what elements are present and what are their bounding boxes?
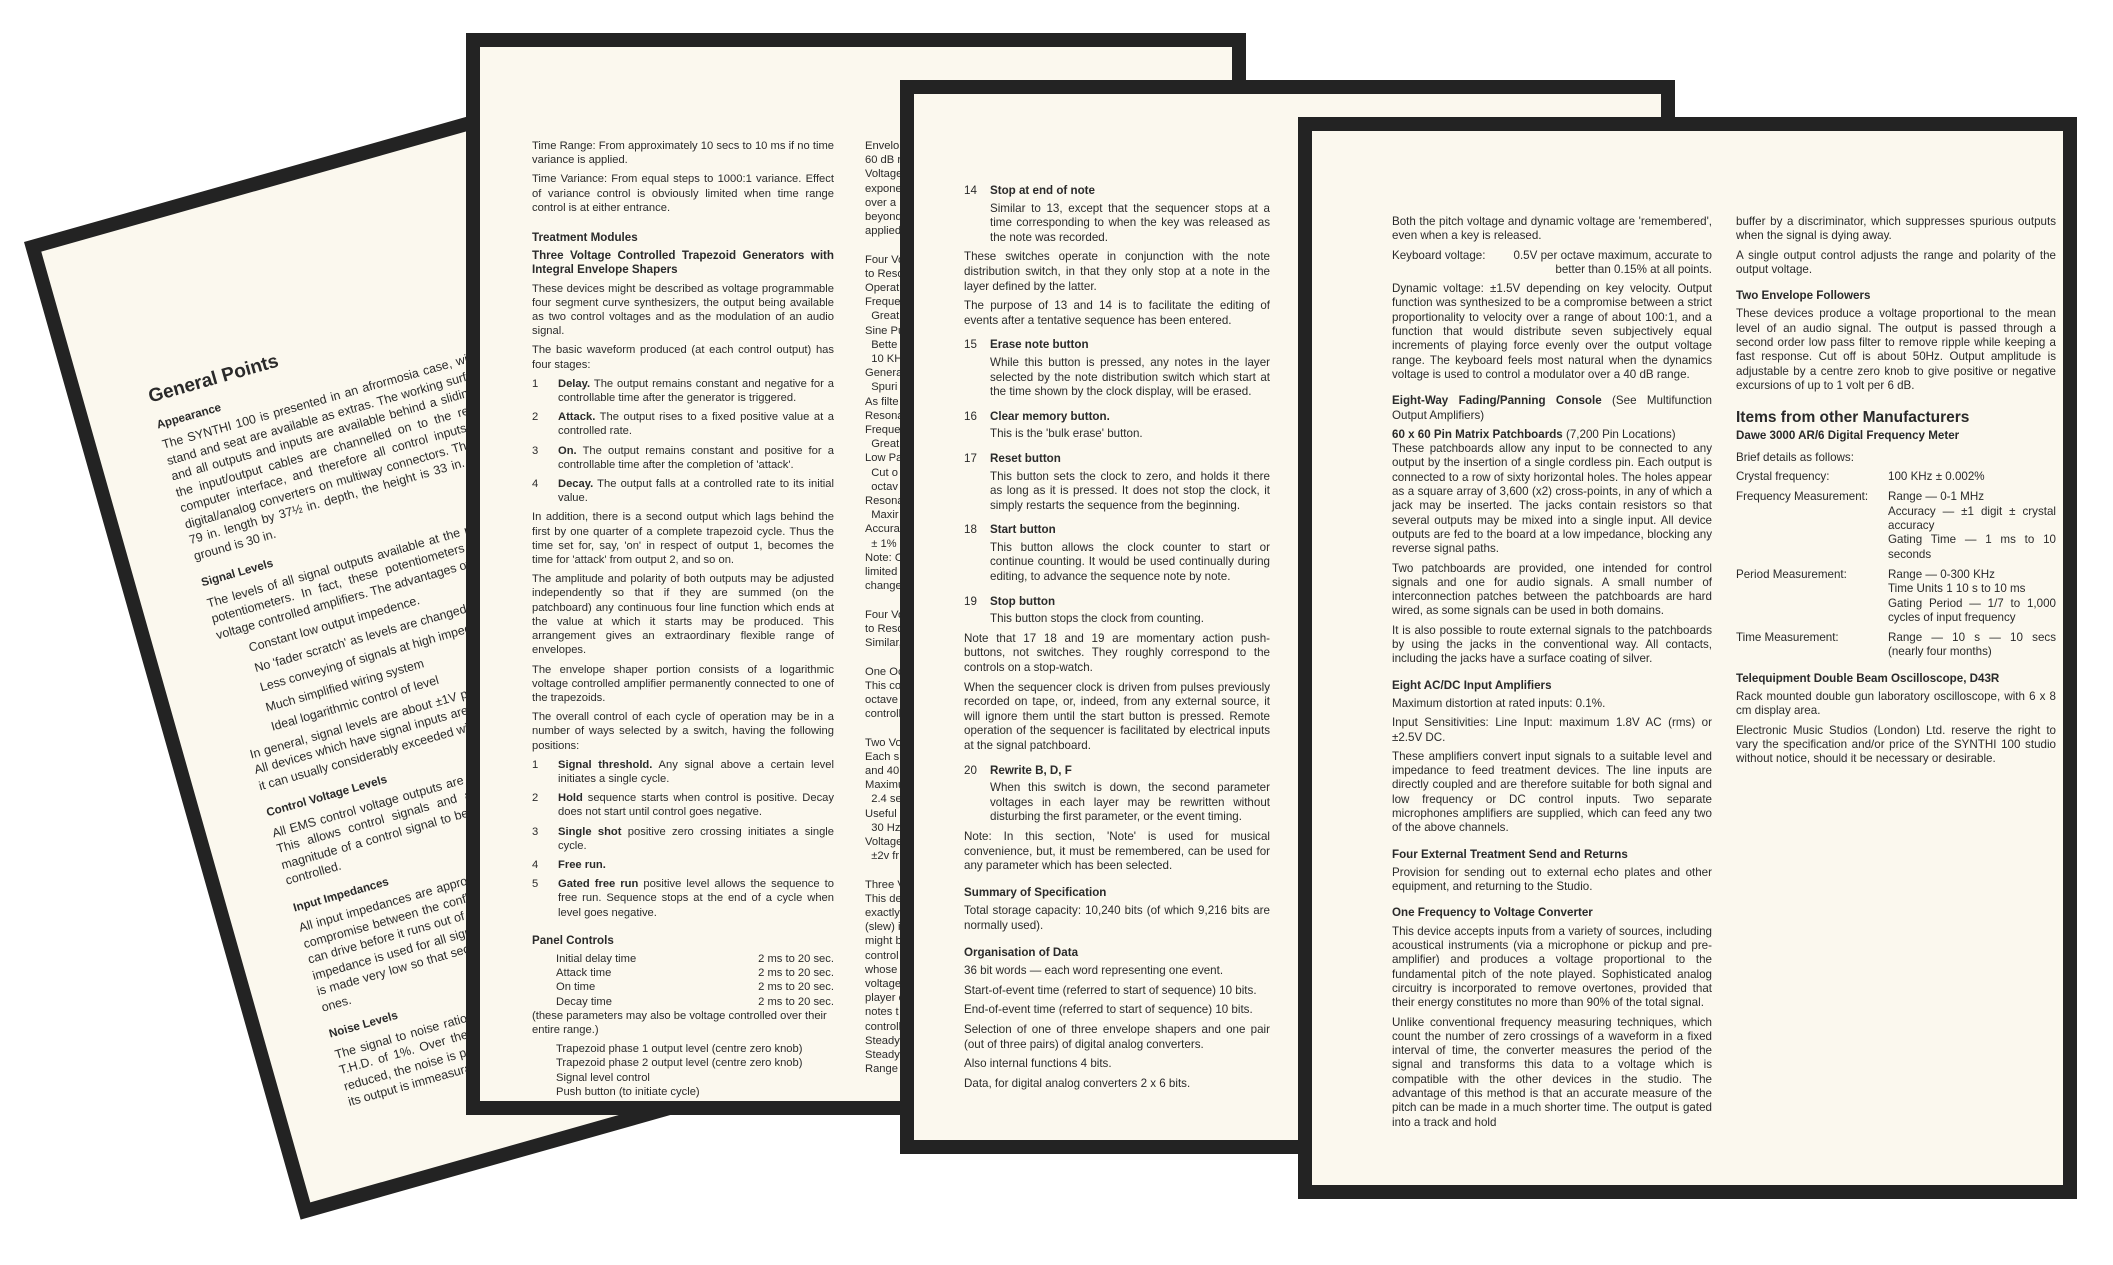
item-description: While this button is pressed, any notes …: [964, 356, 1270, 400]
item-title: Rewrite B, D, F: [990, 764, 1270, 779]
item-description: This button stops the clock from countin…: [964, 612, 1270, 627]
item-number: 1: [532, 377, 558, 405]
sequencer-item-20: 20Rewrite B, D, FWhen this switch is dow…: [964, 764, 1270, 825]
envelope-followers-text: These devices produce a voltage proporti…: [1736, 307, 2056, 393]
page2-intro: Time Range: From approximately 10 secs t…: [532, 139, 834, 215]
sequencer-control-item: 19Stop buttonThis button stops the clock…: [964, 595, 1270, 627]
item-number: 16: [964, 410, 990, 425]
control-range: 2 ms to 20 sec.: [758, 966, 834, 980]
item-number: 20: [964, 764, 990, 779]
envelope-followers-heading: Two Envelope Followers: [1736, 289, 2056, 303]
sequencer-control-heading: 14Stop at end of note: [964, 184, 1270, 199]
spec-row: Period Measurement:Range — 0-300 KHzTime…: [1736, 568, 2056, 625]
body-paragraph: The overall control of each cycle of ope…: [532, 710, 834, 753]
item-number: 17: [964, 452, 990, 467]
item-text: Attack. The output rises to a fixed posi…: [558, 410, 834, 438]
spec-paragraph: Time Variance: From equal steps to 1000:…: [532, 172, 834, 215]
item-label: Single shot: [558, 826, 621, 838]
switch-position: 2Hold sequence starts when control is po…: [532, 791, 834, 819]
item-description: Similar to 13, except that the sequencer…: [964, 202, 1270, 246]
sequencer-control-heading: 16Clear memory button.: [964, 410, 1270, 425]
item-text: Hold sequence starts when control is pos…: [558, 791, 834, 819]
spec-value-line: Range — 0-1 MHz: [1888, 490, 2056, 504]
sequencer-items-14: 14Stop at end of noteSimilar to 13, exce…: [964, 184, 1270, 245]
body-paragraph: The envelope shaper portion consists of …: [532, 663, 834, 706]
summary-heading: Summary of Specification: [964, 886, 1270, 901]
waveform-stage: 1Delay. The output remains constant and …: [532, 377, 834, 405]
spec-values: Range — 0-300 KHzTime Units 1 10 s to 10…: [1888, 568, 2056, 625]
item-title: Start button: [990, 523, 1270, 538]
sequencer-control-item: 18Start buttonThis button allows the clo…: [964, 523, 1270, 584]
page3-paragraphs-1: These switches operate in conjunction wi…: [964, 250, 1270, 328]
brief-details: Brief details as follows:: [1736, 451, 2056, 465]
spec-value-line: Accuracy — ±1 digit ± crystal accuracy: [1888, 505, 2056, 534]
item-number: 18: [964, 523, 990, 538]
external-treatment-text: Provision for sending out to external ec…: [1392, 866, 1712, 895]
discriminator-text: buffer by a discriminator, which suppres…: [1736, 215, 2056, 244]
control-name: Initial delay time: [556, 952, 636, 966]
summary-text: Total storage capacity: 10,240 bits (of …: [964, 904, 1270, 933]
control-range: 2 ms to 20 sec.: [758, 952, 834, 966]
panel-control-item: Trapezoid phase 2 output level (centre z…: [556, 1056, 834, 1070]
fading-console-entry: Eight-Way Fading/Panning Console (See Mu…: [1392, 394, 1712, 423]
treatment-modules-heading: Treatment Modules: [532, 231, 834, 245]
page3-note: Note: In this section, 'Note' is used fo…: [964, 830, 1270, 874]
page3-column-1: 14Stop at end of noteSimilar to 13, exce…: [964, 174, 1270, 1096]
frequency-meter-heading: Dawe 3000 AR/6 Digital Frequency Meter: [1736, 429, 2056, 443]
spec-value-line: Range — 10 s — 10 secs (nearly four mont…: [1888, 631, 2056, 660]
oscilloscope-heading: Telequipment Double Beam Oscilloscope, D…: [1736, 672, 2056, 686]
fv-converter-text-2: Unlike conventional frequency measuring …: [1392, 1016, 1712, 1130]
sequencer-control-heading: 15Erase note button: [964, 338, 1270, 353]
input-amplifiers-heading: Eight AC/DC Input Amplifiers: [1392, 679, 1712, 693]
item-number: 4: [532, 858, 558, 872]
item-number: 14: [964, 184, 990, 199]
spec-values: Range — 0-1 MHzAccuracy — ±1 digit ± cry…: [1888, 490, 2056, 561]
control-name: Decay time: [556, 995, 612, 1009]
panel-control-row: On time2 ms to 20 sec.: [532, 980, 834, 994]
item-number: 2: [532, 791, 558, 819]
item-title: Erase note button: [990, 338, 1270, 353]
item-number: 3: [532, 825, 558, 853]
body-paragraph: These devices might be described as volt…: [532, 282, 834, 339]
patchboards-text-2: Two patchboards are provided, one intend…: [1392, 562, 1712, 619]
sequencer-control-item: 16Clear memory button.This is the 'bulk …: [964, 410, 1270, 442]
item-title: Clear memory button.: [990, 410, 1270, 425]
waveform-stage: 3On. The output remains constant and pos…: [532, 444, 834, 472]
item-text: Free run.: [558, 858, 834, 872]
item-text: Single shot positive zero crossing initi…: [558, 825, 834, 853]
spec-label: Frequency Measurement:: [1736, 490, 1888, 561]
sequencer-items-15-19: 15Erase note buttonWhile this button is …: [964, 338, 1270, 627]
panel-controls-heading: Panel Controls: [532, 934, 834, 948]
control-range: 2 ms to 20 sec.: [758, 980, 834, 994]
amp-sensitivity: Input Sensitivities: Line Input: maximum…: [1392, 716, 1712, 745]
item-number: 2: [532, 410, 558, 438]
memory-paragraph: Both the pitch voltage and dynamic volta…: [1392, 215, 1712, 244]
item-label: Attack.: [558, 411, 595, 423]
external-treatment-heading: Four External Treatment Send and Returns: [1392, 848, 1712, 862]
item-label: Signal threshold.: [558, 759, 652, 771]
item-title: Stop button: [990, 595, 1270, 610]
body-paragraph: The basic waveform produced (at each con…: [532, 343, 834, 371]
amp-distortion: Maximum distortion at rated inputs: 0.1%…: [1392, 697, 1712, 711]
item-number: 4: [532, 477, 558, 505]
item-label: Delay.: [558, 378, 590, 390]
item-title: Reset button: [990, 452, 1270, 467]
other-manufacturers-heading: Items from other Manufacturers: [1736, 411, 2056, 425]
sequencer-control-item: 14Stop at end of noteSimilar to 13, exce…: [964, 184, 1270, 245]
control-name: On time: [556, 980, 595, 994]
spec-row: Crystal frequency:100 KHz ± 0.002%: [1736, 470, 2056, 484]
spec-label: Period Measurement:: [1736, 568, 1888, 625]
spec-value-line: Gating Time — 1 ms to 10 seconds: [1888, 533, 2056, 562]
body-paragraph: In addition, there is a second output wh…: [532, 510, 834, 567]
item-number: 19: [964, 595, 990, 610]
item-text: Gated free run positive level allows the…: [558, 877, 834, 920]
spec-values: Range — 10 s — 10 secs (nearly four mont…: [1888, 631, 2056, 660]
switch-position: 1Signal threshold. Any signal above a ce…: [532, 758, 834, 786]
item-label: On.: [558, 445, 577, 457]
organisation-item: End-of-event time (referred to start of …: [964, 1003, 1270, 1018]
trapezoid-generators-heading: Three Voltage Controlled Trapezoid Gener…: [532, 249, 834, 277]
body-paragraph: The purpose of 13 and 14 is to facilitat…: [964, 299, 1270, 328]
item-number: 15: [964, 338, 990, 353]
sequencer-control-heading: 20Rewrite B, D, F: [964, 764, 1270, 779]
item-text: Signal threshold. Any signal above a cer…: [558, 758, 834, 786]
waveform-stages-list: 1Delay. The output remains constant and …: [532, 377, 834, 506]
item-number: 5: [532, 877, 558, 920]
item-label: Gated free run: [558, 878, 638, 890]
oscilloscope-text: Rack mounted double gun laboratory oscil…: [1736, 690, 2056, 719]
item-number: 1: [532, 758, 558, 786]
sequencer-control-heading: 19Stop button: [964, 595, 1270, 610]
item-text: On. The output remains constant and posi…: [558, 444, 834, 472]
panel-control-row: Initial delay time2 ms to 20 sec.: [532, 952, 834, 966]
item-number: 3: [532, 444, 558, 472]
panel-control-row: Decay time2 ms to 20 sec.: [532, 995, 834, 1009]
item-text: Decay. The output falls at a controlled …: [558, 477, 834, 505]
organisation-item: 36 bit words — each word representing on…: [964, 964, 1270, 979]
patchboards-text-3: It is also possible to route external si…: [1392, 624, 1712, 667]
fv-converter-text-1: This device accepts inputs from a variet…: [1392, 925, 1712, 1011]
organisation-item: Selection of one of three envelope shape…: [964, 1023, 1270, 1052]
waveform-stage: 4Decay. The output falls at a controlled…: [532, 477, 834, 505]
spec-values: 100 KHz ± 0.002%: [1888, 470, 2056, 484]
item-description: This button sets the clock to zero, and …: [964, 470, 1270, 514]
spec-row: Time Measurement:Range — 10 s — 10 secs …: [1736, 631, 2056, 660]
control-name: Attack time: [556, 966, 611, 980]
spec-value-line: Range — 0-300 KHz: [1888, 568, 2056, 582]
spec-value-line: 100 KHz ± 0.002%: [1888, 470, 2056, 484]
patchboards-entry: 60 x 60 Pin Matrix Patchboards (7,200 Pi…: [1392, 428, 1712, 442]
panel-control-item: Trapezoid phase 1 output level (centre z…: [556, 1042, 834, 1056]
item-title: Stop at end of note: [990, 184, 1270, 199]
body-paragraph: When the sequencer clock is driven from …: [964, 681, 1270, 754]
body-paragraph: These switches operate in conjunction wi…: [964, 250, 1270, 294]
organisation-item: Also internal functions 4 bits.: [964, 1057, 1270, 1072]
control-range: 2 ms to 20 sec.: [758, 995, 834, 1009]
organisation-list: 36 bit words — each word representing on…: [964, 964, 1270, 1091]
sequencer-control-item: 15Erase note buttonWhile this button is …: [964, 338, 1270, 399]
body-paragraph: The amplitude and polarity of both outpu…: [532, 572, 834, 657]
frequency-meter-specs: Crystal frequency:100 KHz ± 0.002%Freque…: [1736, 470, 2056, 660]
body-paragraph: Note that 17 18 and 19 are momentary act…: [964, 632, 1270, 676]
item-description: This button allows the clock counter to …: [964, 541, 1270, 585]
page2-paragraphs-1: These devices might be described as volt…: [532, 282, 834, 372]
page4-column-2: buffer by a discriminator, which suppres…: [1736, 215, 2056, 772]
item-description: When this switch is down, the second par…: [964, 781, 1270, 825]
output-control-text: A single output control adjusts the rang…: [1736, 249, 2056, 278]
switch-position: 4Free run.: [532, 858, 834, 872]
page4-column-1: Both the pitch voltage and dynamic volta…: [1392, 215, 1712, 1135]
spec-value-line: Time Units 1 10 s to 10 ms: [1888, 582, 2056, 596]
panel-controls-list: Trapezoid phase 1 output level (centre z…: [532, 1042, 834, 1113]
amp-description: These amplifiers convert input signals t…: [1392, 750, 1712, 836]
sequencer-control-item: 20Rewrite B, D, FWhen this switch is dow…: [964, 764, 1270, 825]
switch-position: 3Single shot positive zero crossing init…: [532, 825, 834, 853]
document-page-specifications: Both the pitch voltage and dynamic volta…: [1298, 117, 2077, 1199]
sequencer-control-item: 17Reset buttonThis button sets the clock…: [964, 452, 1270, 513]
switch-positions-list: 1Signal threshold. Any signal above a ce…: [532, 758, 834, 920]
organisation-item: Start-of-event time (referred to start o…: [964, 984, 1270, 999]
keyboard-voltage-spec: Keyboard voltage: 0.5V per octave maximu…: [1392, 249, 1712, 278]
patchboards-text: These patchboards allow any input to be …: [1392, 442, 1712, 556]
panel-controls-note: (these parameters may also be voltage co…: [532, 1009, 834, 1037]
spec-paragraph: Time Range: From approximately 10 secs t…: [532, 139, 834, 167]
spec-label: Time Measurement:: [1736, 631, 1888, 660]
switch-position: 5Gated free run positive level allows th…: [532, 877, 834, 920]
page2-column-1: Time Range: From approximately 10 secs t…: [532, 139, 834, 1113]
spec-value-line: Gating Period — 1/7 to 1,000 cycles of i…: [1888, 597, 2056, 626]
disclaimer-text: Electronic Music Studios (London) Ltd. r…: [1736, 724, 2056, 767]
panel-control-item: Trigger mode selector switch: [556, 1099, 834, 1113]
item-label: Hold: [558, 792, 583, 804]
item-text: Delay. The output remains constant and n…: [558, 377, 834, 405]
item-description: This is the 'bulk erase' button.: [964, 427, 1270, 442]
organisation-item: Data, for digital analog converters 2 x …: [964, 1077, 1270, 1092]
panel-control-row: Attack time2 ms to 20 sec.: [532, 966, 834, 980]
panel-control-item: Push button (to initiate cycle): [556, 1085, 834, 1099]
spec-label: Crystal frequency:: [1736, 470, 1888, 484]
page2-paragraphs-2: In addition, there is a second output wh…: [532, 510, 834, 752]
item-label: Free run.: [558, 859, 606, 871]
spec-row: Frequency Measurement:Range — 0-1 MHzAcc…: [1736, 490, 2056, 561]
organisation-heading: Organisation of Data: [964, 946, 1270, 961]
dynamic-voltage-paragraph: Dynamic voltage: ±1.5V depending on key …: [1392, 282, 1712, 382]
sequencer-control-heading: 18Start button: [964, 523, 1270, 538]
panel-control-item: Signal level control: [556, 1071, 834, 1085]
panel-controls-table: Initial delay time2 ms to 20 sec.Attack …: [532, 952, 834, 1009]
page3-paragraphs-2: Note that 17 18 and 19 are momentary act…: [964, 632, 1270, 754]
item-label: Decay.: [558, 478, 593, 490]
sequencer-control-heading: 17Reset button: [964, 452, 1270, 467]
waveform-stage: 2Attack. The output rises to a fixed pos…: [532, 410, 834, 438]
fv-converter-heading: One Frequency to Voltage Converter: [1392, 906, 1712, 920]
